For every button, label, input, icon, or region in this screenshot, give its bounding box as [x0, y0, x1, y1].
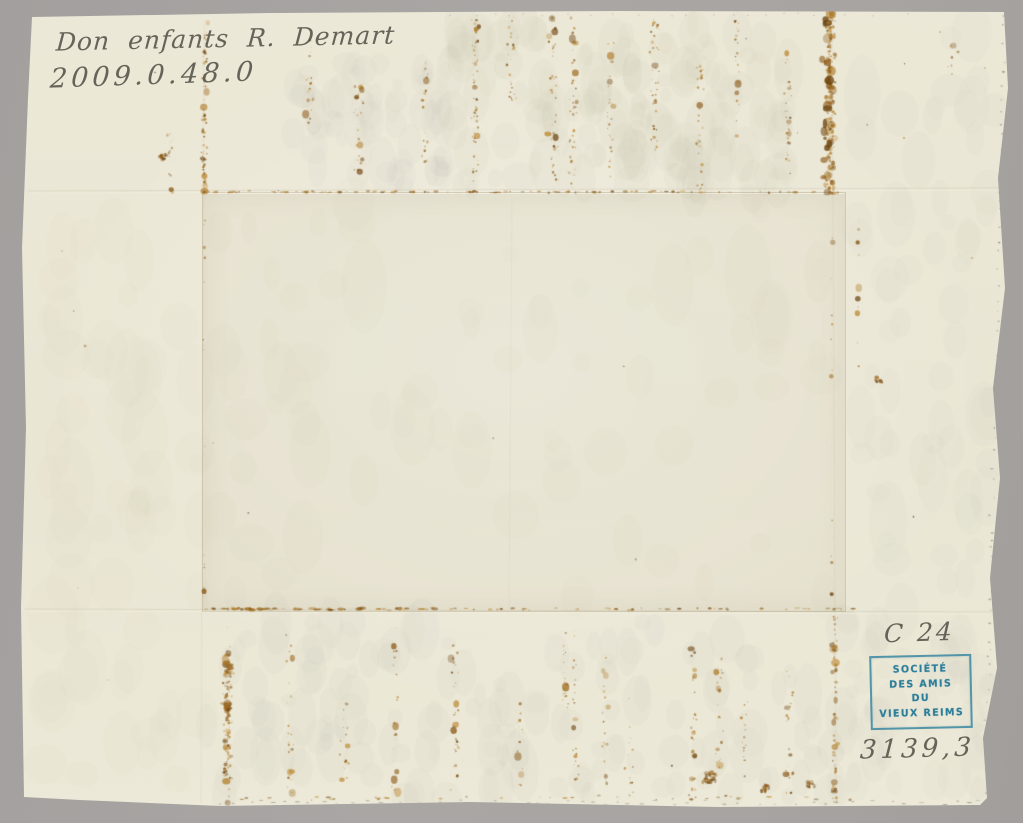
stamp-line: VIEUX REIMS [879, 706, 964, 722]
stamp-line: SOCIÉTÉ [893, 662, 948, 678]
stamp-line: DU [912, 692, 931, 707]
inscription-donation: Don enfants R. Demart [55, 20, 396, 56]
plate-impression-area [202, 192, 846, 612]
inscription-accession-number: 2009.0.48.0 [49, 56, 258, 94]
paper-sheet-verso: Don enfants R. Demart 2009.0.48.0 C 24 S… [20, 8, 1010, 810]
inscription-classification-code: C 24 [884, 617, 956, 649]
photo-backdrop: Don enfants R. Demart 2009.0.48.0 C 24 S… [0, 0, 1023, 823]
collection-stamp: SOCIÉTÉ DES AMIS DU VIEUX REIMS [869, 654, 973, 730]
stamp-line: DES AMIS [889, 677, 952, 693]
inscription-inventory-number: 3139,3 [859, 732, 976, 765]
